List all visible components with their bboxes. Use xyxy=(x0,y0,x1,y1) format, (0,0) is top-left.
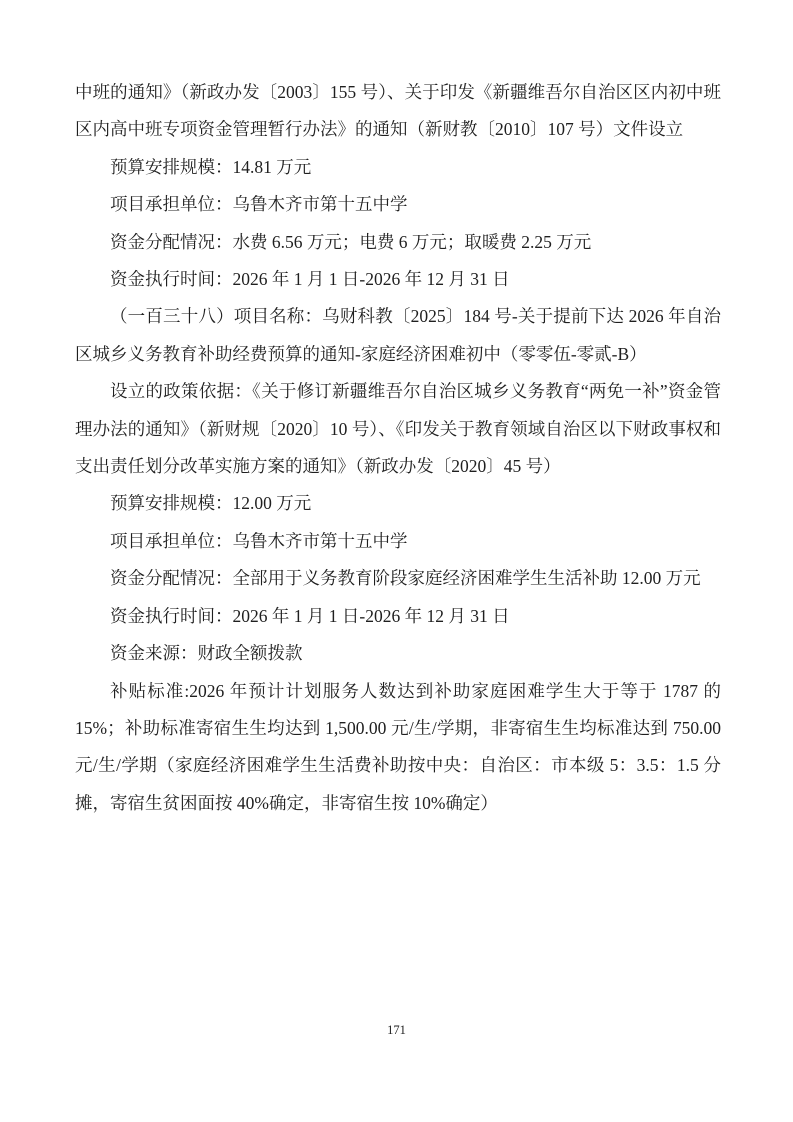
paragraph: 预算安排规模：12.00 万元 xyxy=(75,485,721,522)
paragraph: （一百三十八）项目名称：乌财科教〔2025〕184 号-关于提前下达 2026 … xyxy=(75,298,721,373)
paragraph: 资金来源：财政全额拨款 xyxy=(75,635,721,672)
page-number: 171 xyxy=(387,1023,406,1037)
paragraph: 补贴标准:2026 年预计计划服务人数达到补助家庭困难学生大于等于 1787 的… xyxy=(75,673,721,823)
paragraph: 资金分配情况：全部用于义务教育阶段家庭经济困难学生生活补助 12.00 万元 xyxy=(75,560,721,597)
document-body: 中班的通知》（新政办发〔2003〕155 号）、关于印发《新疆维吾尔自治区区内初… xyxy=(75,74,721,822)
paragraph: 项目承担单位：乌鲁木齐市第十五中学 xyxy=(75,523,721,560)
paragraph: 设立的政策依据：《关于修订新疆维吾尔自治区城乡义务教育“两免一补”资金管理办法的… xyxy=(75,373,721,485)
paragraph: 资金执行时间：2026 年 1 月 1 日-2026 年 12 月 31 日 xyxy=(75,598,721,635)
paragraph: 资金执行时间：2026 年 1 月 1 日-2026 年 12 月 31 日 xyxy=(75,261,721,298)
paragraph: 预算安排规模：14.81 万元 xyxy=(75,149,721,186)
paragraph: 中班的通知》（新政办发〔2003〕155 号）、关于印发《新疆维吾尔自治区区内初… xyxy=(75,74,721,149)
document-page: 中班的通知》（新政办发〔2003〕155 号）、关于印发《新疆维吾尔自治区区内初… xyxy=(0,0,793,1122)
paragraph: 资金分配情况：水费 6.56 万元；电费 6 万元；取暖费 2.25 万元 xyxy=(75,224,721,261)
page-footer: 171 xyxy=(0,1020,793,1040)
paragraph: 项目承担单位：乌鲁木齐市第十五中学 xyxy=(75,186,721,223)
